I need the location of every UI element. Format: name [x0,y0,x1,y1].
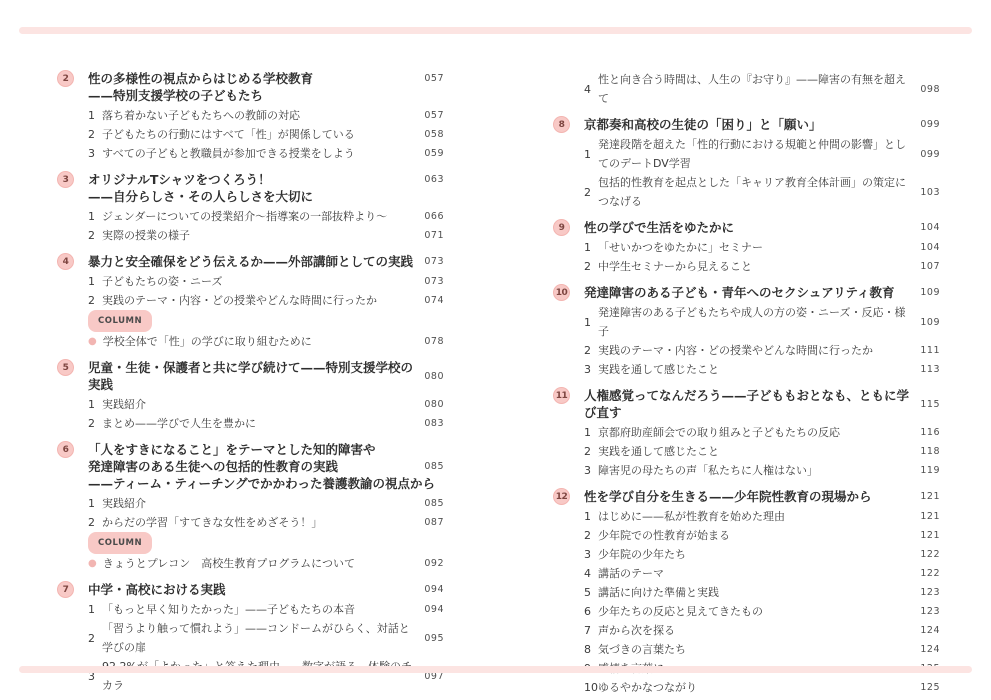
column-badge-row: COLUMN [88,310,444,332]
item-page-number: 119 [920,461,940,480]
section-page-number: 085 [424,458,444,475]
item-label: 発達段階を超えた「性的行動における規範と仲間の影響」としてのデートDV学習 [598,135,910,173]
section-title-text: オリジナルTシャツをつくろう！ [88,171,414,188]
section-title-text: 京都奏和高校の生徒の「困り」と「願い」 [584,116,910,133]
item-page-number: 124 [920,621,940,640]
item-label: 声から次を探る [598,621,910,640]
section-heading: 4暴力と安全確保をどう伝えるか——外部講師としての実践073 [57,253,444,270]
section-page-number: 121 [920,488,940,505]
item-label: 発達障害のある子どもたちや成人の方の姿・ニーズ・反応・様子 [598,303,910,341]
item-label: 「もっと早く知りたかった」——子どもたちの本音 [102,600,414,619]
toc-item: 1落ち着かない子どもたちへの教師の対応057 [88,106,444,125]
section-heading: 7中学・高校における実践094 [57,581,444,598]
toc-item: 3実践を通して感じたこと113 [584,360,940,379]
item-label: はじめに——私が性教育を始めた理由 [598,507,910,526]
toc-item: 4性と向き合う時間は、人生の『お守り』——障害の有無を超えて098 [584,70,940,108]
item-page-number: 121 [920,507,940,526]
item-label: 少年たちの反応と見えてきたもの [598,602,910,621]
item-label: 92.2%が「よかった」と答えた理由——数字が語る、体験のチカラ [102,657,414,695]
section-title-line: 人権感覚ってなんだろう——子どももおとなも、ともに学び直す115 [584,387,940,421]
section-number-badge: 5 [57,359,74,376]
section-titles: 児童・生徒・保護者と共に学び続けて——特別支援学校の実践080 [88,359,444,393]
section-number-badge: 4 [57,253,74,270]
section-titles: 人権感覚ってなんだろう——子どももおとなも、ともに学び直す115 [584,387,940,421]
section-title-line: 性を学び自分を生きる——少年院性教育の現場から121 [584,488,940,505]
item-page-number: 085 [424,494,444,513]
section-titles: 「人をすきになること」をテーマとした知的障害や発達障害のある生徒への包括的性教育… [88,441,444,492]
item-label: 実践を通して感じたこと [598,442,910,461]
section-page-number: 094 [424,581,444,598]
item-number: 1 [584,238,598,257]
section-number-badge: 8 [553,116,570,133]
item-label: 実践紹介 [102,395,414,414]
section-title-line: 中学・高校における実践094 [88,581,444,598]
toc-item: 2実際の授業の様子071 [88,226,444,245]
item-number: 7 [584,621,598,640]
item-number: 1 [584,507,598,526]
section-number-badge: 9 [553,219,570,236]
item-label: 子どもたちの姿・ニーズ [102,272,414,291]
toc-section: 2性の多様性の視点からはじめる学校教育057——特別支援学校の子どもたち1落ち着… [57,70,444,163]
section-titles: 性を学び自分を生きる——少年院性教育の現場から121 [584,488,940,505]
toc-item: 3少年院の少年たち122 [584,545,940,564]
section-title-text: ——ティーム・ティーチングでかかわった養護教諭の視点から [88,475,444,492]
section-heading: 11人権感覚ってなんだろう——子どももおとなも、ともに学び直す115 [553,387,940,421]
item-label: 実際の授業の様子 [102,226,414,245]
item-label: ジェンダーについての授業紹介～指導案の一部抜粋より～ [102,207,414,226]
item-page-number: 118 [920,442,940,461]
item-label: からだの学習「すてきな女性をめざそう！」 [102,513,414,532]
toc-section: 4性と向き合う時間は、人生の『お守り』——障害の有無を超えて098 [553,70,940,108]
section-titles: 性の多様性の視点からはじめる学校教育057——特別支援学校の子どもたち [88,70,444,104]
item-page-number: 095 [424,629,444,648]
item-label: 講話のテーマ [598,564,910,583]
item-number: 2 [88,226,102,245]
toc-item: 8気づきの言葉たち124 [584,640,940,659]
section-heading: 8京都奏和高校の生徒の「困り」と「願い」099 [553,116,940,133]
toc-item: 1子どもたちの姿・ニーズ073 [88,272,444,291]
section-items: 1発達段階を超えた「性的行動における規範と仲間の影響」としてのデートDV学習09… [584,135,940,211]
item-number: 3 [88,144,102,163]
item-number: 4 [584,564,598,583]
item-number: 1 [88,494,102,513]
toc-item: 2実践を通して感じたこと118 [584,442,940,461]
section-page-number: 104 [920,219,940,236]
section-title-line: 発達障害のある子ども・青年へのセクシュアリティ教育109 [584,284,940,301]
item-page-number: 116 [920,423,940,442]
item-label: 気づきの言葉たち [598,640,910,659]
item-page-number: 058 [424,125,444,144]
toc-section: 9性の学びで生活をゆたかに1041「せいかつをゆたかに」セミナー1042中学生セ… [553,219,940,276]
toc-section: 8京都奏和高校の生徒の「困り」と「願い」0991発達段階を超えた「性的行動におけ… [553,116,940,211]
item-number: 3 [584,461,598,480]
section-titles: 中学・高校における実践094 [88,581,444,598]
section-items: 1「せいかつをゆたかに」セミナー1042中学生セミナーから見えること107 [584,238,940,276]
item-page-number: 074 [424,291,444,310]
toc-item: 1はじめに——私が性教育を始めた理由121 [584,507,940,526]
toc-item: 2子どもたちの行動にはすべて「性」が関係している058 [88,125,444,144]
item-label: 京都府助産師会での取り組みと子どもたちの反応 [598,423,910,442]
section-heading: 9性の学びで生活をゆたかに104 [553,219,940,236]
section-titles: オリジナルTシャツをつくろう！063——自分らしさ・その人らしさを大切に [88,171,444,205]
section-number-badge: 10 [553,284,570,301]
item-number: 2 [88,125,102,144]
item-number: 1 [584,145,598,164]
toc-item: 10ゆるやかなつながり125 [584,678,940,697]
item-label: 「習うより触って慣れよう」——コンドームがひらく、対話と学びの扉 [102,619,414,657]
item-page-number: 104 [920,238,940,257]
item-label: 実践のテーマ・内容・どの授業やどんな時間に行ったか [102,291,414,310]
item-number: 1 [584,423,598,442]
section-items: 1発達障害のある子どもたちや成人の方の姿・ニーズ・反応・様子1092実践のテーマ… [584,303,940,379]
item-number: 5 [584,583,598,602]
item-label: 性と向き合う時間は、人生の『お守り』——障害の有無を超えて [598,70,910,108]
section-title-line: ——特別支援学校の子どもたち [88,87,444,104]
section-heading: 3オリジナルTシャツをつくろう！063——自分らしさ・その人らしさを大切に [57,171,444,205]
item-label: ゆるやかなつながり [598,678,910,697]
toc-item: 2実践のテーマ・内容・どの授業やどんな時間に行ったか111 [584,341,940,360]
toc-item: 1実践紹介080 [88,395,444,414]
item-label: 学校全体で「性」の学びに取り組むために [103,332,415,351]
section-items: 1子どもたちの姿・ニーズ0732実践のテーマ・内容・どの授業やどんな時間に行った… [88,272,444,351]
item-page-number: 092 [424,554,444,573]
section-number-badge: 6 [57,441,74,458]
toc-column-right: 4性と向き合う時間は、人生の『お守り』——障害の有無を超えて0988京都奏和高校… [553,70,940,700]
section-title-text: 性の多様性の視点からはじめる学校教育 [88,70,414,87]
item-number: 2 [88,414,102,433]
section-title-text: 性の学びで生活をゆたかに [584,219,910,236]
section-title-line: 児童・生徒・保護者と共に学び続けて——特別支援学校の実践080 [88,359,444,393]
toc-section: 6「人をすきになること」をテーマとした知的障害や発達障害のある生徒への包括的性教… [57,441,444,573]
item-page-number: 107 [920,257,940,276]
section-title-text: 発達障害のある生徒への包括的性教育の実践 [88,458,414,475]
item-number: 1 [584,313,598,332]
item-page-number: 059 [424,144,444,163]
section-heading: 5児童・生徒・保護者と共に学び続けて——特別支援学校の実践080 [57,359,444,393]
toc-section: 10発達障害のある子ども・青年へのセクシュアリティ教育1091発達障害のある子ど… [553,284,940,379]
toc-column-left: 2性の多様性の視点からはじめる学校教育057——特別支援学校の子どもたち1落ち着… [57,70,444,700]
toc-item: 4講話のテーマ122 [584,564,940,583]
section-heading: 2性の多様性の視点からはじめる学校教育057——特別支援学校の子どもたち [57,70,444,104]
toc-item: 1実践紹介085 [88,494,444,513]
toc-columns: 2性の多様性の視点からはじめる学校教育057——特別支援学校の子どもたち1落ち着… [57,70,940,700]
section-heading: 6「人をすきになること」をテーマとした知的障害や発達障害のある生徒への包括的性教… [57,441,444,492]
toc-item: 1京都府助産師会での取り組みと子どもたちの反応116 [584,423,940,442]
item-number: 2 [88,291,102,310]
item-number: 2 [584,526,598,545]
bullet-icon: ● [88,332,97,351]
item-number: 3 [584,545,598,564]
section-titles: 発達障害のある子ども・青年へのセクシュアリティ教育109 [584,284,940,301]
item-page-number: 124 [920,640,940,659]
section-title-line: 性の学びで生活をゆたかに104 [584,219,940,236]
item-page-number: 099 [920,145,940,164]
toc-item: 392.2%が「よかった」と答えた理由——数字が語る、体験のチカラ097 [88,657,444,695]
item-number: 2 [584,341,598,360]
section-number-badge: 2 [57,70,74,87]
item-label: 少年院での性教育が始まる [598,526,910,545]
section-page-number: 115 [920,396,940,413]
toc-item: 2包括的性教育を起点とした「キャリア教育全体計画」の策定につなげる103 [584,173,940,211]
item-number: 1 [88,395,102,414]
item-number: 1 [88,600,102,619]
bottom-border-bar [19,666,972,673]
toc-section: 4暴力と安全確保をどう伝えるか——外部講師としての実践0731子どもたちの姿・ニ… [57,253,444,351]
column-badge-row: COLUMN [88,532,444,554]
item-label: 実践紹介 [102,494,414,513]
toc-item: 2からだの学習「すてきな女性をめざそう！」087 [88,513,444,532]
toc-item: 2まとめ——学びで人生を豊かに083 [88,414,444,433]
section-title-text: ——自分らしさ・その人らしさを大切に [88,188,444,205]
toc-section: 5児童・生徒・保護者と共に学び続けて——特別支援学校の実践0801実践紹介080… [57,359,444,433]
section-title-text: 人権感覚ってなんだろう——子どももおとなも、ともに学び直す [584,387,910,421]
section-number-badge: 3 [57,171,74,188]
item-label: 講話に向けた準備と実践 [598,583,910,602]
toc-item: 1「せいかつをゆたかに」セミナー104 [584,238,940,257]
item-label: 落ち着かない子どもたちへの教師の対応 [102,106,414,125]
section-heading: 10発達障害のある子ども・青年へのセクシュアリティ教育109 [553,284,940,301]
item-label: 少年院の少年たち [598,545,910,564]
item-label: 実践を通して感じたこと [598,360,910,379]
section-number-badge: 11 [553,387,570,404]
section-heading: 12性を学び自分を生きる——少年院性教育の現場から121 [553,488,940,505]
item-number: 1 [88,106,102,125]
toc-item: 1ジェンダーについての授業紹介～指導案の一部抜粋より～066 [88,207,444,226]
toc-section: 7中学・高校における実践0941「もっと早く知りたかった」——子どもたちの本音0… [57,581,444,695]
section-title-line: ——自分らしさ・その人らしさを大切に [88,188,444,205]
item-page-number: 098 [920,80,940,99]
section-page-number: 073 [424,253,444,270]
item-page-number: 071 [424,226,444,245]
section-titles: 暴力と安全確保をどう伝えるか——外部講師としての実践073 [88,253,444,270]
item-page-number: 057 [424,106,444,125]
section-items: 1ジェンダーについての授業紹介～指導案の一部抜粋より～0662実際の授業の様子0… [88,207,444,245]
item-page-number: 125 [920,678,940,697]
item-page-number: 121 [920,526,940,545]
section-title-line: 発達障害のある生徒への包括的性教育の実践085 [88,458,444,475]
toc-section: 3オリジナルTシャツをつくろう！063——自分らしさ・その人らしさを大切に1ジェ… [57,171,444,245]
item-page-number: 111 [920,341,940,360]
item-number: 8 [584,640,598,659]
item-page-number: 122 [920,545,940,564]
item-number: 1 [88,207,102,226]
bullet-icon: ● [88,554,97,573]
item-page-number: 066 [424,207,444,226]
section-title-line: 性の多様性の視点からはじめる学校教育057 [88,70,444,87]
item-label: 実践のテーマ・内容・どの授業やどんな時間に行ったか [598,341,910,360]
section-page-number: 109 [920,284,940,301]
section-page-number: 057 [424,70,444,87]
item-label: 包括的性教育を起点とした「キャリア教育全体計画」の策定につなげる [598,173,910,211]
section-page-number: 080 [424,368,444,385]
column-badge: COLUMN [88,532,152,554]
toc-item: 5講話に向けた準備と実践123 [584,583,940,602]
toc-item: 1「もっと早く知りたかった」——子どもたちの本音094 [88,600,444,619]
item-number: 2 [584,183,598,202]
toc-item: 2中学生セミナーから見えること107 [584,257,940,276]
book-toc-spread: 2性の多様性の視点からはじめる学校教育057——特別支援学校の子どもたち1落ち着… [0,0,991,700]
item-page-number: 103 [920,183,940,202]
section-items: 4性と向き合う時間は、人生の『お守り』——障害の有無を超えて098 [584,70,940,108]
item-page-number: 073 [424,272,444,291]
item-page-number: 087 [424,513,444,532]
toc-section: 11人権感覚ってなんだろう——子どももおとなも、ともに学び直す1151京都府助産… [553,387,940,480]
section-page-number: 099 [920,116,940,133]
item-page-number: 113 [920,360,940,379]
toc-item: 3すべての子どもと教職員が参加できる授業をしよう059 [88,144,444,163]
section-number-badge: 7 [57,581,74,598]
section-title-line: オリジナルTシャツをつくろう！063 [88,171,444,188]
toc-item: 6少年たちの反応と見えてきたもの123 [584,602,940,621]
toc-item: ●きょうとプレコン 高校生教育プログラムについて092 [88,554,444,573]
item-number: 2 [584,257,598,276]
toc-item: 1発達段階を超えた「性的行動における規範と仲間の影響」としてのデートDV学習09… [584,135,940,173]
item-page-number: 094 [424,600,444,619]
section-title-text: 「人をすきになること」をテーマとした知的障害や [88,441,444,458]
item-number: 2 [88,513,102,532]
item-label: 中学生セミナーから見えること [598,257,910,276]
section-page-number: 063 [424,171,444,188]
section-title-text: ——特別支援学校の子どもたち [88,87,444,104]
item-page-number: 078 [424,332,444,351]
item-page-number: 122 [920,564,940,583]
section-title-text: 児童・生徒・保護者と共に学び続けて——特別支援学校の実践 [88,359,414,393]
section-title-line: 「人をすきになること」をテーマとした知的障害や [88,441,444,458]
toc-item: 3障害児の母たちの声「私たちに人権はない」119 [584,461,940,480]
item-label: 障害児の母たちの声「私たちに人権はない」 [598,461,910,480]
item-number: 10 [584,678,598,697]
section-items: 1実践紹介0802まとめ——学びで人生を豊かに083 [88,395,444,433]
section-title-line: ——ティーム・ティーチングでかかわった養護教諭の視点から [88,475,444,492]
section-items: 1実践紹介0852からだの学習「すてきな女性をめざそう！」087COLUMN●き… [88,494,444,573]
item-number: 6 [584,602,598,621]
section-title-line: 京都奏和高校の生徒の「困り」と「願い」099 [584,116,940,133]
item-number: 3 [584,360,598,379]
column-badge: COLUMN [88,310,152,332]
section-titles: 京都奏和高校の生徒の「困り」と「願い」099 [584,116,940,133]
item-label: きょうとプレコン 高校生教育プログラムについて [103,554,415,573]
section-titles: 性の学びで生活をゆたかに104 [584,219,940,236]
top-border-bar [19,27,972,34]
toc-item: 2少年院での性教育が始まる121 [584,526,940,545]
section-title-line: 暴力と安全確保をどう伝えるか——外部講師としての実践073 [88,253,444,270]
section-items: 1京都府助産師会での取り組みと子どもたちの反応1162実践を通して感じたこと11… [584,423,940,480]
section-number-badge: 12 [553,488,570,505]
item-label: 子どもたちの行動にはすべて「性」が関係している [102,125,414,144]
item-label: まとめ——学びで人生を豊かに [102,414,414,433]
item-label: すべての子どもと教職員が参加できる授業をしよう [102,144,414,163]
item-page-number: 123 [920,583,940,602]
section-title-text: 発達障害のある子ども・青年へのセクシュアリティ教育 [584,284,910,301]
item-number: 4 [584,80,598,99]
item-number: 2 [584,442,598,461]
item-page-number: 083 [424,414,444,433]
section-title-text: 中学・高校における実践 [88,581,414,598]
section-title-text: 暴力と安全確保をどう伝えるか——外部講師としての実践 [88,253,414,270]
toc-item: ●学校全体で「性」の学びに取り組むために078 [88,332,444,351]
item-page-number: 123 [920,602,940,621]
toc-item: 7声から次を探る124 [584,621,940,640]
toc-item: 2「習うより触って慣れよう」——コンドームがひらく、対話と学びの扉095 [88,619,444,657]
section-title-text: 性を学び自分を生きる——少年院性教育の現場から [584,488,910,505]
item-number: 1 [88,272,102,291]
item-number: 2 [88,629,102,648]
item-page-number: 109 [920,313,940,332]
item-label: 「せいかつをゆたかに」セミナー [598,238,910,257]
toc-item: 2実践のテーマ・内容・どの授業やどんな時間に行ったか074 [88,291,444,310]
toc-item: 1発達障害のある子どもたちや成人の方の姿・ニーズ・反応・様子109 [584,303,940,341]
section-items: 1「もっと早く知りたかった」——子どもたちの本音0942「習うより触って慣れよう… [88,600,444,695]
section-items: 1落ち着かない子どもたちへの教師の対応0572子どもたちの行動にはすべて「性」が… [88,106,444,163]
item-page-number: 080 [424,395,444,414]
